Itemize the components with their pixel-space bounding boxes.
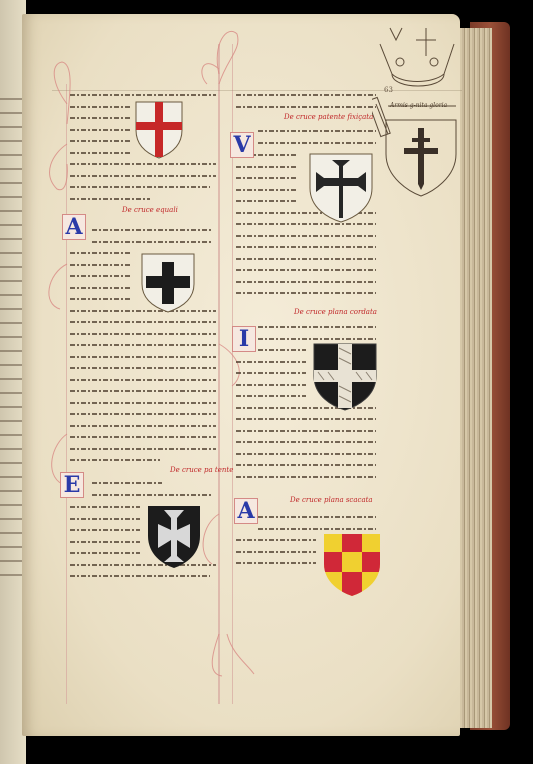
left-column-text bbox=[92, 482, 212, 505]
rubric: De cruce plana scacata bbox=[290, 496, 373, 504]
decorated-initial: A bbox=[234, 498, 258, 524]
right-column-text bbox=[236, 539, 316, 574]
shield-cross-fitchy bbox=[308, 152, 374, 224]
rubric: De cruce plana cordata bbox=[294, 308, 377, 316]
right-column-text bbox=[258, 130, 376, 153]
shield-corded-cross bbox=[312, 342, 378, 412]
crowned-shield-drawing bbox=[372, 24, 458, 204]
decorated-initial: A bbox=[62, 214, 86, 240]
decorated-initial: V bbox=[230, 132, 254, 158]
decorated-initial: E bbox=[60, 472, 84, 498]
rubric: De cruce pa tente bbox=[170, 466, 233, 474]
rubric: De cruce equali bbox=[122, 206, 178, 214]
shield-red-cross bbox=[134, 100, 184, 160]
decorated-initial: I bbox=[232, 326, 256, 352]
left-column-text bbox=[92, 229, 216, 252]
shield-checky-cross bbox=[322, 532, 382, 598]
rubric: De cruce patente fixiçata bbox=[284, 113, 373, 121]
shield-white-pattee-cross bbox=[146, 504, 202, 570]
shield-black-cross bbox=[140, 252, 196, 314]
manuscript-page: De cruce equali De cruce patente fixiçat… bbox=[22, 14, 460, 736]
